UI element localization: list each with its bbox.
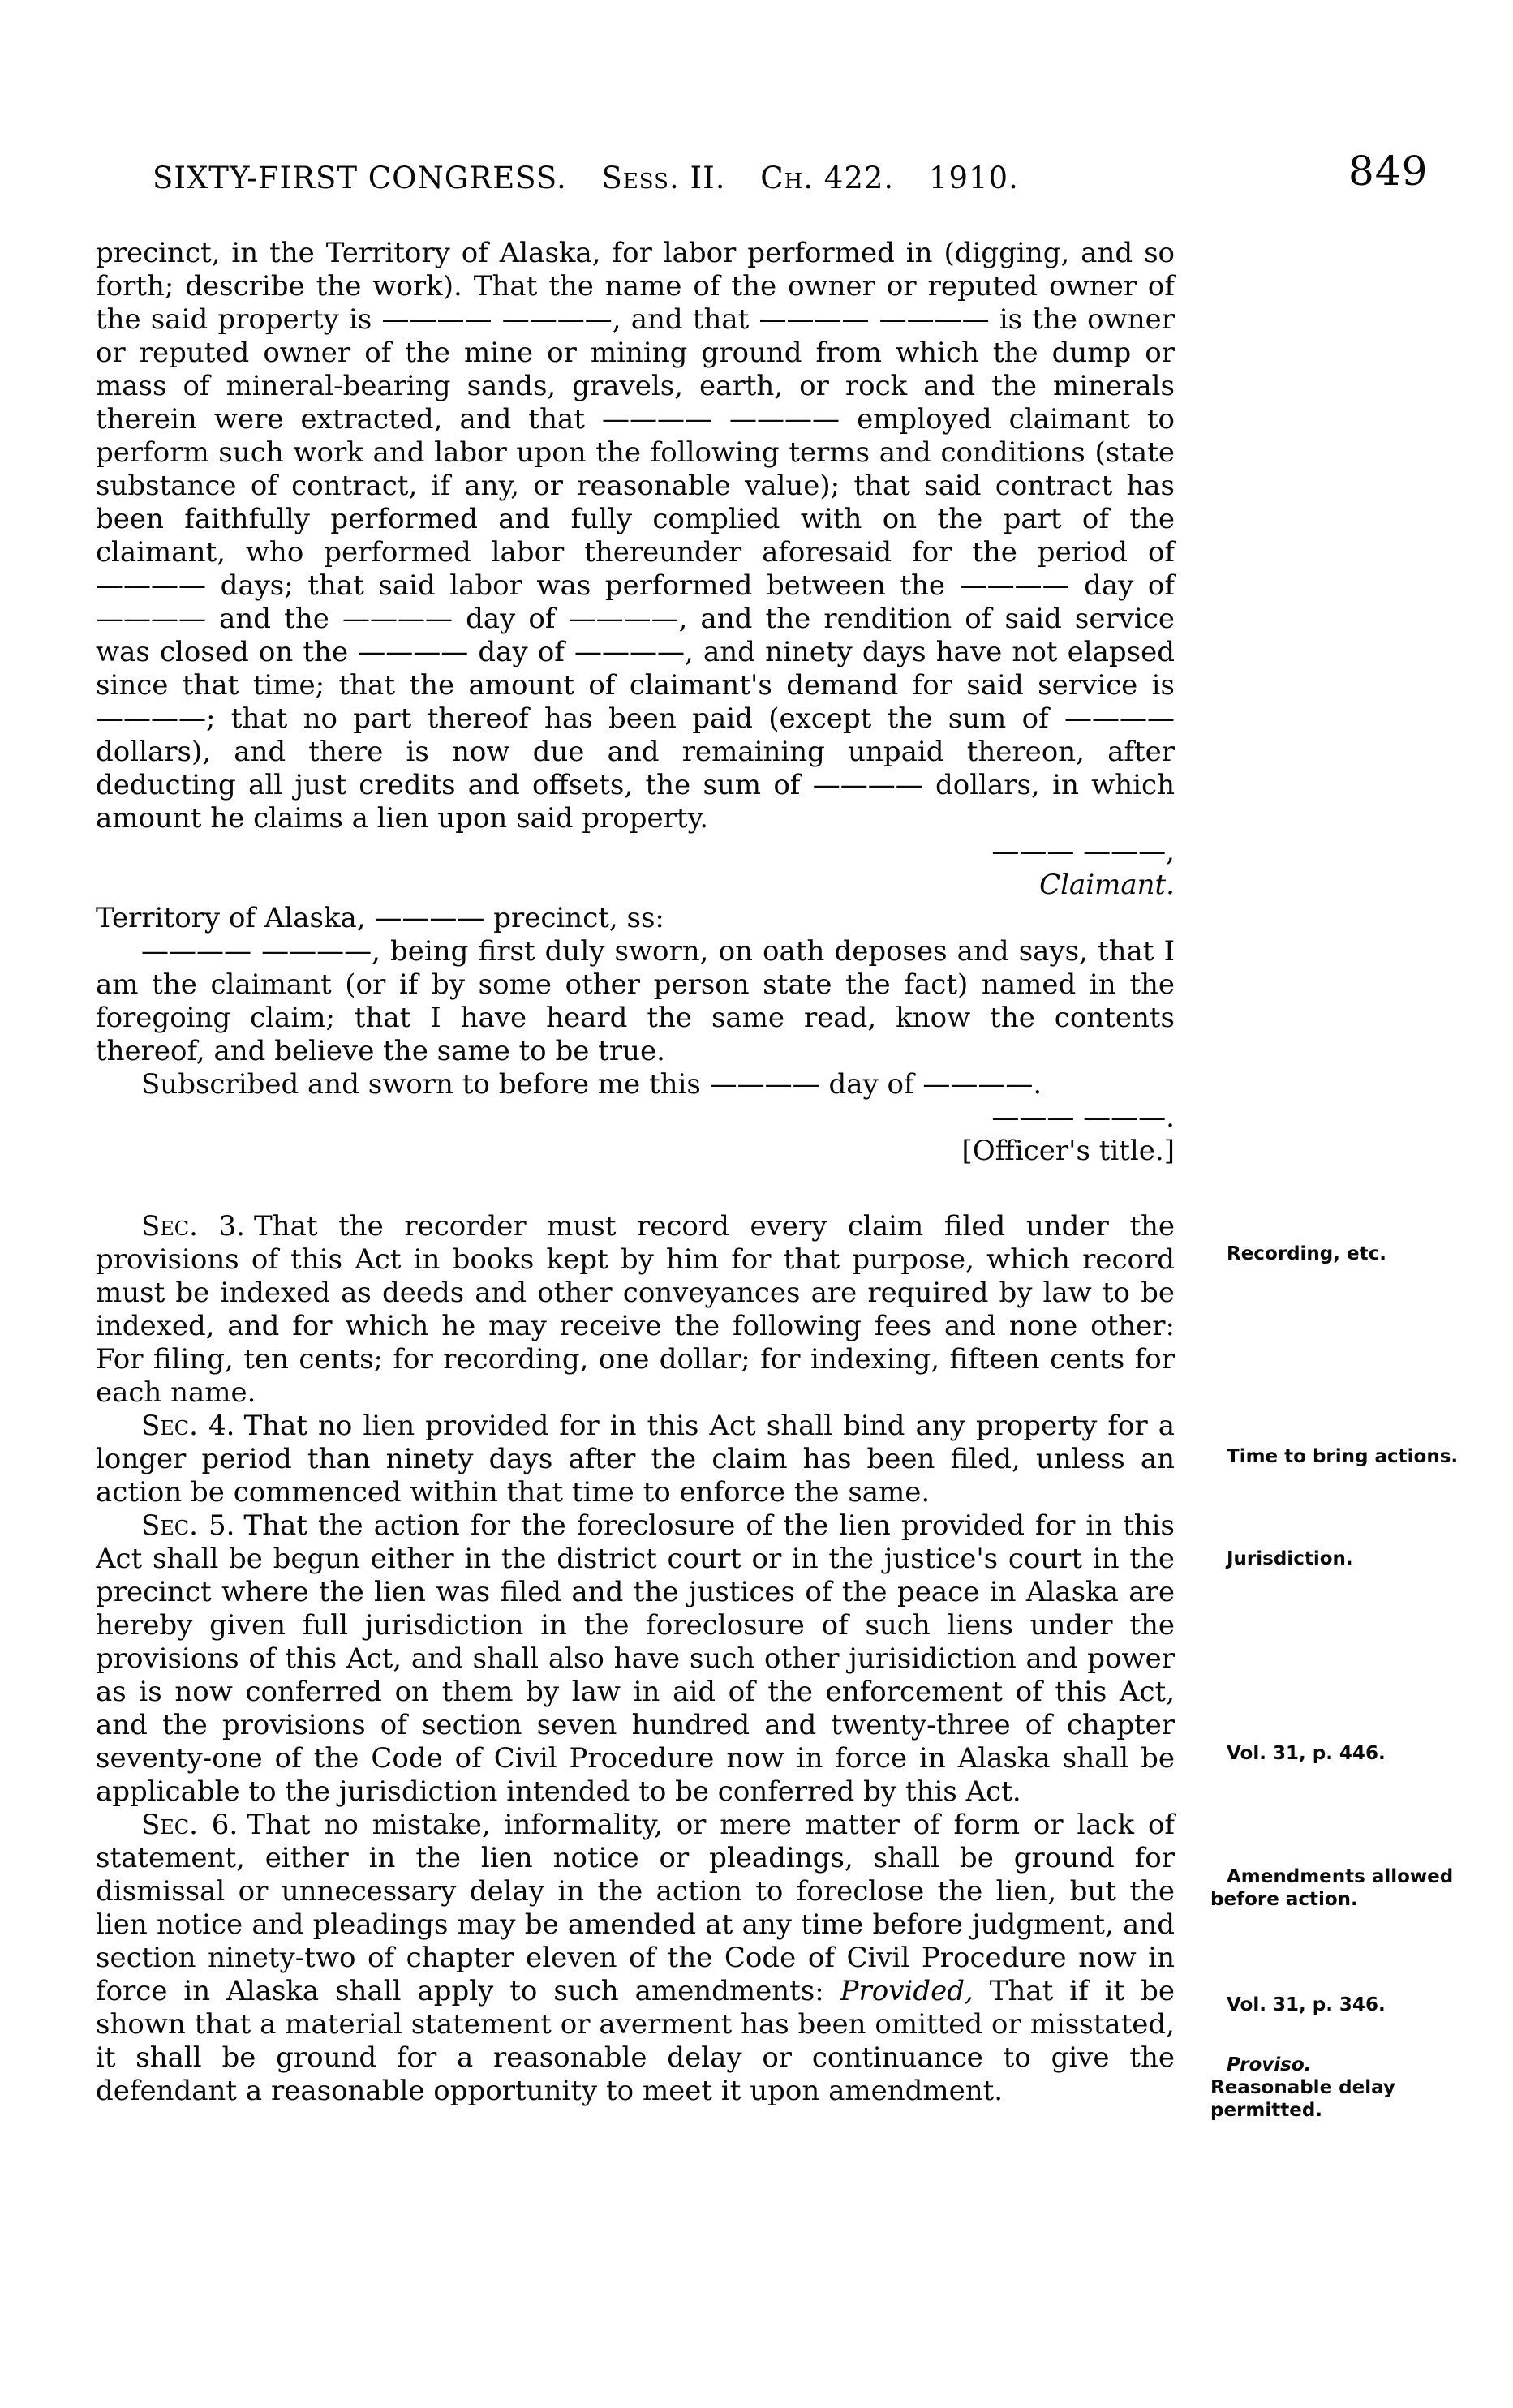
section-5-paragraph: Sec. 5.That the action for the foreclosu… [96,1509,1175,1809]
header-year: 1910. [929,161,1019,195]
margin-note-time-to-bring-actions: Time to bring actions. [1210,1445,1468,1468]
margin-note-jurisdiction: Jurisdiction. [1210,1547,1468,1570]
margin-note-amendments-allowed: Amendments allowed before action. [1210,1865,1468,1911]
section-3-text: That the recorder must record every clai… [96,1210,1175,1409]
officer-title: [Officer's title.] [96,1135,1175,1168]
statute-page: SIXTY-FIRST CONGRESS. Sess. II. Ch. 422.… [0,0,1513,2408]
claimant-signature-blank: ——— ———, [96,835,1175,869]
section-4-label: Sec. 4. [141,1410,234,1442]
form-continuation-paragraph: precinct, in the Territory of Alaska, fo… [96,237,1175,835]
section-6-paragraph: Sec. 6.That no mistake, informality, or … [96,1809,1175,2108]
margin-note-proviso-word: Proviso. [1210,2054,1468,2076]
margin-note-recording: Recording, etc. [1210,1243,1468,1265]
header-chapter: Ch. 422. [760,161,894,195]
affidavit-paragraph: ———— ————, being first duly sworn, on oa… [96,935,1175,1068]
claimant-label: Claimant. [96,869,1175,902]
section-4-text: That no lien provided for in this Act sh… [96,1410,1175,1509]
section-5-text: That the action for the foreclosure of t… [96,1509,1175,1808]
section-5-label: Sec. 5. [141,1509,234,1542]
margin-note-vol-31-p-346: Vol. 31, p. 346. [1210,1994,1468,2016]
header-congress: SIXTY-FIRST CONGRESS. [153,161,567,195]
section-3-label: Sec. 3. [141,1210,245,1243]
margin-note-proviso-text: Reasonable delay permitted. [1210,2077,1395,2121]
margin-note-proviso: Proviso.Reasonable delay permitted. [1210,2054,1468,2122]
header-session: Sess. II. [601,161,725,195]
section-6-label: Sec. 6. [141,1809,238,1841]
section-6-proviso-word: Provided, [840,1975,974,2007]
section-3-paragraph: Sec. 3.That the recorder must record eve… [96,1210,1175,1410]
subscribed-line: Subscribed and sworn to before me this —… [96,1068,1175,1101]
officer-signature-blank: ——— ———. [96,1101,1175,1135]
page-number: 849 [1348,148,1428,195]
running-head: SIXTY-FIRST CONGRESS. Sess. II. Ch. 422.… [153,161,1043,195]
section-4-paragraph: Sec. 4.That no lien provided for in this… [96,1410,1175,1509]
main-text-column: precinct, in the Territory of Alaska, fo… [96,237,1175,2108]
venue-line: Territory of Alaska, ———— precinct, ss: [96,902,1175,935]
margin-note-vol-31-p-446: Vol. 31, p. 446. [1210,1742,1468,1765]
